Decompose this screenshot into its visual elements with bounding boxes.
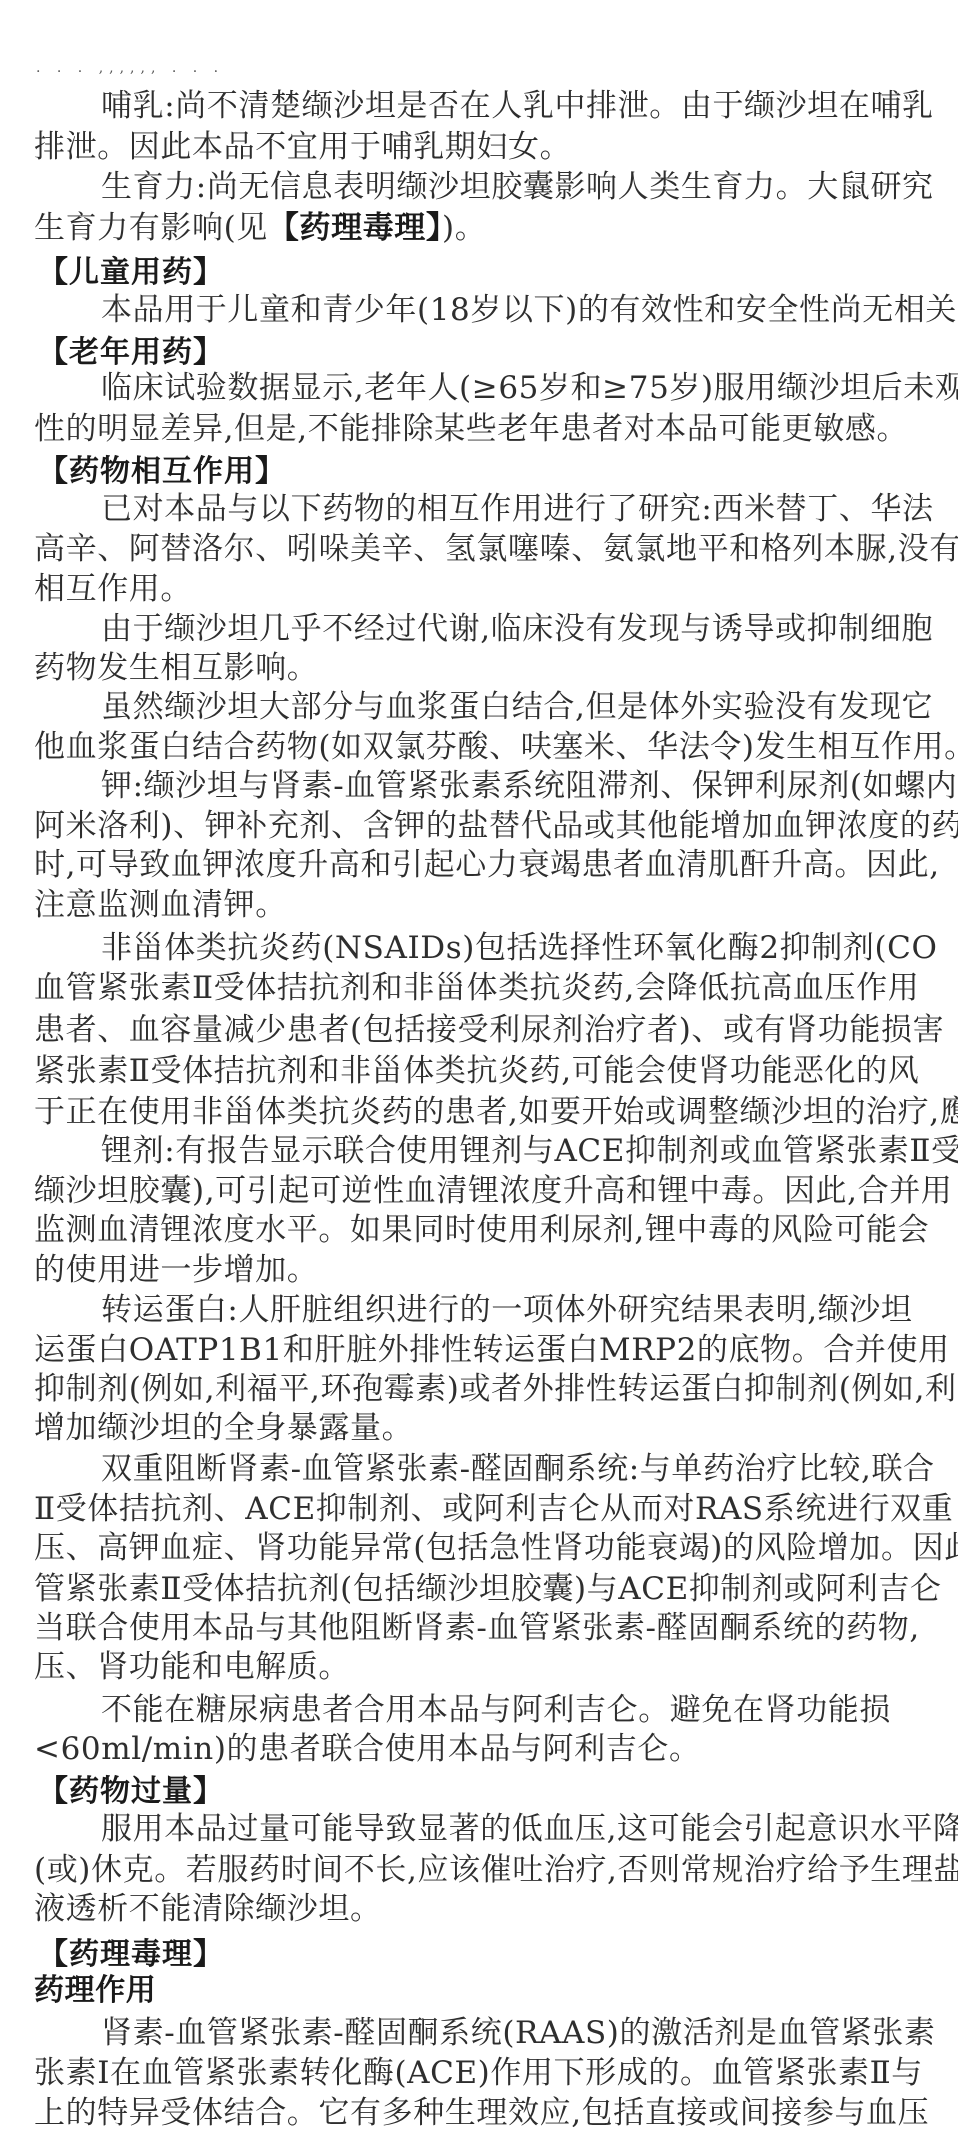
paragraph-first-line: 服用本品过量可能导致显著的低血压,这可能会引起意识水平降	[101, 1809, 958, 1849]
line-text: 压、高钾血症、肾功能异常(包括急性肾功能衰竭)的风险增加。因此	[34, 1530, 958, 1566]
paragraph-line: 高辛、阿替洛尔、吲哚美辛、氢氯噻嗪、氨氯地平和格列本脲,没有	[34, 529, 958, 569]
section-heading: 【药理毒理】	[38, 1935, 224, 1975]
line-text: 阿米洛利)、钾补充剂、含钾的盐替代品或其他能增加血钾浓度的药	[34, 808, 958, 844]
line-text-tail: )。	[442, 210, 486, 246]
line-text: 钾:缬沙坦与肾素-血管紧张素系统阻滞剂、保钾利尿剂(如螺内	[101, 768, 957, 804]
paragraph-line: 监测血清锂浓度水平。如果同时使用利尿剂,锂中毒的风险可能会	[34, 1210, 929, 1250]
paragraph-line: 抑制剂(例如,利福平,环孢霉素)或者外排性转运蛋白抑制剂(例如,利	[34, 1369, 957, 1409]
line-text: 运蛋白OATP1B1和肝脏外排性转运蛋白MRP2的底物。合并使用	[34, 1332, 950, 1368]
paragraph-first-line: 本品用于儿童和青少年(18岁以下)的有效性和安全性尚无相关	[101, 290, 957, 330]
line-text: 虽然缬沙坦大部分与血浆蛋白结合,但是体外实验没有发现它	[101, 689, 933, 725]
paragraph-line: 张素I在血管紧张素转化酶(ACE)作用下形成的。血管紧张素Ⅱ与	[34, 2053, 923, 2093]
paragraph-line: 血管紧张素Ⅱ受体拮抗剂和非甾体类抗炎药,会降低抗高血压作用	[34, 968, 919, 1008]
paragraph-first-line: 临床试验数据显示,老年人(≥65岁和≥75岁)服用缬沙坦后未观	[101, 368, 958, 408]
line-text: 临床试验数据显示,老年人(≥65岁和≥75岁)服用缬沙坦后未观	[101, 370, 958, 406]
paragraph-first-line: 锂剂:有报告显示联合使用锂剂与ACE抑制剂或血管紧张素Ⅱ受	[101, 1131, 958, 1171]
line-text: 高辛、阿替洛尔、吲哚美辛、氢氯噻嗪、氨氯地平和格列本脲,没有	[34, 531, 958, 567]
paragraph-line: 阿米洛利)、钾补充剂、含钾的盐替代品或其他能增加血钾浓度的药	[34, 806, 958, 846]
line-text: 上的特异受体结合。它有多种生理效应,包括直接或间接参与血压	[34, 2095, 929, 2129]
line-text: 排泄。因此本品不宜用于哺乳期妇女。	[34, 129, 571, 165]
paragraph-first-line: 由于缬沙坦几乎不经过代谢,临床没有发现与诱导或抑制细胞	[101, 609, 933, 649]
section-heading: 【药物相互作用】	[38, 452, 286, 492]
paragraph-line: 液透析不能清除缬沙坦。	[34, 1889, 382, 1929]
partial-cut-off-line: . . . ,,,,,, . . .	[36, 61, 224, 75]
line-text: 的使用进一步增加。	[34, 1252, 318, 1288]
paragraph-line: 生育力有影响(见【药理毒理】)。	[34, 208, 486, 248]
line-text: 非甾体类抗炎药(NSAIDs)包括选择性环氧化酶2抑制剂(CO	[101, 930, 938, 966]
paragraph-first-line: 已对本品与以下药物的相互作用进行了研究:西米替丁、华法	[101, 489, 934, 529]
paragraph-first-line: 哺乳:尚不清楚缬沙坦是否在人乳中排泄。由于缬沙坦在哺乳	[101, 86, 934, 126]
paragraph-line: 患者、血容量减少患者(包括接受利尿剂治疗者)、或有肾功能损害	[34, 1010, 944, 1050]
paragraph-line: 于正在使用非甾体类抗炎药的患者,如要开始或调整缬沙坦的治疗,應	[34, 1092, 958, 1132]
paragraph-line: 性的明显差异,但是,不能排除某些老年患者对本品可能更敏感。	[34, 409, 908, 449]
paragraph-first-line: 非甾体类抗炎药(NSAIDs)包括选择性环氧化酶2抑制剂(CO	[101, 928, 938, 968]
paragraph-line: 压、高钾血症、肾功能异常(包括急性肾功能衰竭)的风险增加。因此	[34, 1528, 958, 1568]
paragraph-line: <60ml/min)的患者联合使用本品与阿利吉仑。	[34, 1729, 701, 1769]
paragraph-line: 缬沙坦胶囊),可引起可逆性血清锂浓度升高和锂中毒。因此,合并用	[34, 1171, 952, 1211]
line-text: 于正在使用非甾体类抗炎药的患者,如要开始或调整缬沙坦的治疗,應	[34, 1094, 958, 1130]
line-text: 服用本品过量可能导致显著的低血压,这可能会引起意识水平降	[101, 1811, 958, 1847]
line-text: 锂剂:有报告显示联合使用锂剂与ACE抑制剂或血管紧张素Ⅱ受	[101, 1133, 958, 1169]
paragraph-first-line: 双重阻断肾素-血管紧张素-醛固酮系统:与单药治疗比较,联合	[101, 1449, 935, 1489]
document-page: . . . ,,,,,, . . . 哺乳:尚不清楚缬沙坦是否在人乳中排泄。由于…	[0, 0, 958, 2129]
paragraph-line: Ⅱ受体拮抗剂、ACE抑制剂、或阿利吉仑从而对RAS系统进行双重	[34, 1489, 953, 1529]
paragraph-first-line: 肾素-血管紧张素-醛固酮系统(RAAS)的激活剂是血管紧张素	[101, 2013, 936, 2053]
section-reference: 【药理毒理】	[268, 210, 442, 246]
line-text: 注意监测血清钾。	[34, 887, 287, 923]
line-text: 液透析不能清除缬沙坦。	[34, 1891, 382, 1927]
line-text: 转运蛋白:人肝脏组织进行的一项体外研究结果表明,缬沙坦	[101, 1292, 913, 1328]
line-text: 血管紧张素Ⅱ受体拮抗剂和非甾体类抗炎药,会降低抗高血压作用	[34, 970, 919, 1006]
line-text: 他血浆蛋白结合药物(如双氯芬酸、呋塞米、华法令)发生相互作用。	[34, 729, 958, 765]
line-text: 药理作用	[34, 1973, 156, 2008]
line-text: 增加缬沙坦的全身暴露量。	[34, 1410, 413, 1446]
paragraph-first-line: 转运蛋白:人肝脏组织进行的一项体外研究结果表明,缬沙坦	[101, 1290, 913, 1330]
paragraph-line: 药物发生相互影响。	[34, 648, 318, 688]
line-text: 监测血清锂浓度水平。如果同时使用利尿剂,锂中毒的风险可能会	[34, 1212, 929, 1248]
paragraph-line: 相互作用。	[34, 569, 192, 609]
line-text: 药物发生相互影响。	[34, 650, 318, 686]
paragraph-line: 注意监测血清钾。	[34, 885, 287, 925]
line-text: 患者、血容量减少患者(包括接受利尿剂治疗者)、或有肾功能损害	[34, 1012, 944, 1048]
paragraph-line: 他血浆蛋白结合药物(如双氯芬酸、呋塞米、华法令)发生相互作用。	[34, 727, 958, 767]
paragraph-line: 紧张素Ⅱ受体拮抗剂和非甾体类抗炎药,可能会使肾功能恶化的风	[34, 1051, 919, 1091]
paragraph-first-line: 生育力:尚无信息表明缬沙坦胶囊影响人类生育力。大鼠研究	[101, 167, 934, 207]
line-text: 【儿童用药】	[38, 255, 224, 290]
paragraph-first-line: 不能在糖尿病患者合用本品与阿利吉仑。避免在肾功能损	[101, 1690, 891, 1730]
line-text: 肾素-血管紧张素-醛固酮系统(RAAS)的激活剂是血管紧张素	[101, 2015, 936, 2051]
line-text: 【药物相互作用】	[38, 454, 286, 489]
line-text: 时,可导致血钾浓度升高和引起心力衰竭患者血清肌酐升高。因此,	[34, 847, 940, 883]
line-text: 生育力:尚无信息表明缬沙坦胶囊影响人类生育力。大鼠研究	[101, 169, 934, 205]
line-text: 缬沙坦胶囊),可引起可逆性血清锂浓度升高和锂中毒。因此,合并用	[34, 1173, 952, 1209]
line-text: 紧张素Ⅱ受体拮抗剂和非甾体类抗炎药,可能会使肾功能恶化的风	[34, 1053, 919, 1089]
paragraph-line: 的使用进一步增加。	[34, 1250, 318, 1290]
paragraph-line: 运蛋白OATP1B1和肝脏外排性转运蛋白MRP2的底物。合并使用	[34, 1330, 950, 1370]
line-text: 【药物过量】	[38, 1774, 224, 1809]
line-text: 已对本品与以下药物的相互作用进行了研究:西米替丁、华法	[101, 491, 934, 527]
paragraph-first-line: 虽然缬沙坦大部分与血浆蛋白结合,但是体外实验没有发现它	[101, 687, 933, 727]
line-text: 管紧张素Ⅱ受体拮抗剂(包括缬沙坦胶囊)与ACE抑制剂或阿利吉仑	[34, 1571, 942, 1607]
subsection-heading: 药理作用	[34, 1971, 156, 2011]
line-text: 【老年用药】	[38, 335, 224, 370]
paragraph-line: (或)休克。若服药时间不长,应该催吐治疗,否则常规治疗给予生理盐	[34, 1850, 958, 1890]
paragraph-line: 当联合使用本品与其他阻断肾素-血管紧张素-醛固酮系统的药物,	[34, 1608, 920, 1648]
line-text: Ⅱ受体拮抗剂、ACE抑制剂、或阿利吉仑从而对RAS系统进行双重	[34, 1491, 953, 1527]
paragraph-line: 时,可导致血钾浓度升高和引起心力衰竭患者血清肌酐升高。因此,	[34, 845, 940, 885]
line-text: 性的明显差异,但是,不能排除某些老年患者对本品可能更敏感。	[34, 411, 908, 447]
line-text: 哺乳:尚不清楚缬沙坦是否在人乳中排泄。由于缬沙坦在哺乳	[101, 88, 934, 124]
line-text: 本品用于儿童和青少年(18岁以下)的有效性和安全性尚无相关	[101, 292, 957, 328]
paragraph-line: 排泄。因此本品不宜用于哺乳期妇女。	[34, 127, 571, 167]
paragraph-line: 增加缬沙坦的全身暴露量。	[34, 1408, 413, 1448]
section-heading: 【药物过量】	[38, 1772, 224, 1812]
paragraph-line: 上的特异受体结合。它有多种生理效应,包括直接或间接参与血压	[34, 2093, 929, 2129]
line-text: 【药理毒理】	[38, 1937, 224, 1972]
paragraph-line: 管紧张素Ⅱ受体拮抗剂(包括缬沙坦胶囊)与ACE抑制剂或阿利吉仑	[34, 1569, 942, 1609]
line-text: 生育力有影响(见	[34, 210, 268, 246]
line-text: 由于缬沙坦几乎不经过代谢,临床没有发现与诱导或抑制细胞	[101, 611, 933, 647]
paragraph-line: 压、肾功能和电解质。	[34, 1647, 350, 1687]
line-text: 张素I在血管紧张素转化酶(ACE)作用下形成的。血管紧张素Ⅱ与	[34, 2055, 923, 2091]
section-heading: 【儿童用药】	[38, 253, 224, 293]
section-heading: 【老年用药】	[38, 333, 224, 373]
paragraph-first-line: 钾:缬沙坦与肾素-血管紧张素系统阻滞剂、保钾利尿剂(如螺内	[101, 766, 957, 806]
line-text: (或)休克。若服药时间不长,应该催吐治疗,否则常规治疗给予生理盐	[34, 1852, 958, 1888]
line-text: 压、肾功能和电解质。	[34, 1649, 350, 1685]
line-text: 不能在糖尿病患者合用本品与阿利吉仑。避免在肾功能损	[101, 1692, 891, 1728]
line-text: 双重阻断肾素-血管紧张素-醛固酮系统:与单药治疗比较,联合	[101, 1451, 935, 1487]
line-text: <60ml/min)的患者联合使用本品与阿利吉仑。	[34, 1731, 701, 1767]
line-text: 当联合使用本品与其他阻断肾素-血管紧张素-醛固酮系统的药物,	[34, 1610, 920, 1646]
line-text: 相互作用。	[34, 571, 192, 607]
line-text: 抑制剂(例如,利福平,环孢霉素)或者外排性转运蛋白抑制剂(例如,利	[34, 1371, 957, 1407]
